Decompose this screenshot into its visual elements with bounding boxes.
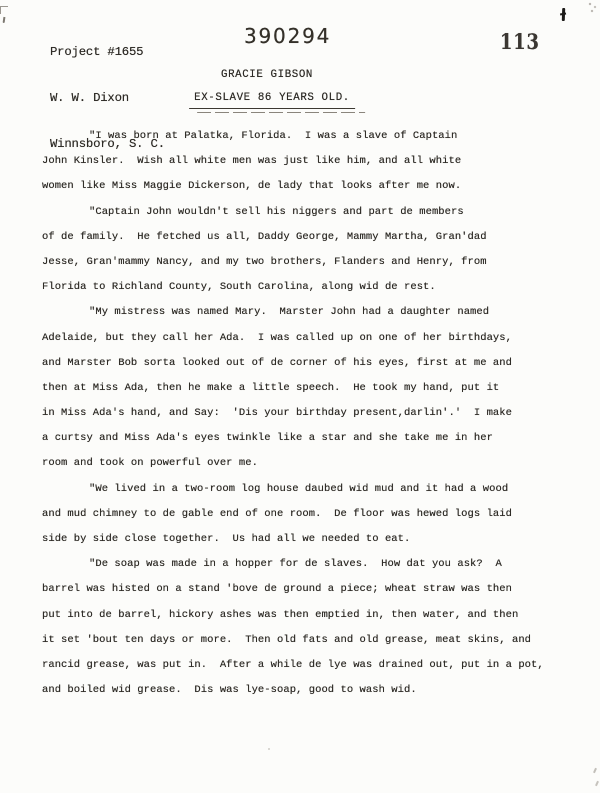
scan-speck	[595, 781, 599, 786]
document-title: GRACIE GIBSON	[221, 69, 313, 81]
paragraph-5-line-2: barrel was histed on a stand 'bove de gr…	[42, 577, 582, 602]
scan-corner-specks	[588, 2, 598, 14]
stamp-number: 390294	[244, 26, 331, 46]
paragraph-3-line-4: then at Miss Ada, then he make a little …	[42, 376, 582, 401]
paragraph-3-line-7: room and took on powerful over me.	[42, 451, 582, 476]
scan-speck	[593, 768, 597, 773]
paragraph-2-line-1: "Captain John wouldn't sell his niggers …	[42, 200, 582, 225]
paragraph-1-line-2: John Kinsler. Wish all white men was jus…	[42, 149, 582, 174]
scanned-document-page: Project #1655 W. W. Dixon Winnsboro, S. …	[0, 0, 600, 793]
paragraph-3-line-2: Adelaide, but they call her Ada. I was c…	[42, 326, 582, 351]
document-body: "I was born at Palatka, Florida. I was a…	[42, 124, 582, 703]
paragraph-5-line-4: it set 'bout ten days or more. Then old …	[42, 628, 582, 653]
paragraph-2-line-2: of de family. He fetched us all, Daddy G…	[42, 225, 582, 250]
project-number: Project #1655	[50, 45, 165, 60]
author-name: W. W. Dixon	[50, 91, 165, 106]
paragraph-4-line-3: side by side close together. Us had all …	[42, 527, 582, 552]
scan-ink-speck	[3, 17, 6, 23]
scan-edge-mark	[0, 6, 8, 14]
paragraph-2-line-4: Florida to Richland County, South Caroli…	[42, 275, 582, 300]
paragraph-2-line-3: Jesse, Gran'mammy Nancy, and my two brot…	[42, 250, 582, 275]
page-number: 113	[500, 31, 540, 52]
paragraph-5-line-1: "De soap was made in a hopper for de sla…	[42, 552, 582, 577]
paragraph-1-line-3: women like Miss Maggie Dickerson, de lad…	[42, 174, 582, 199]
paragraph-5-line-3: put into de barrel, hickory ashes was th…	[42, 603, 582, 628]
paragraph-1-line-1: "I was born at Palatka, Florida. I was a…	[42, 124, 582, 149]
paragraph-4-line-2: and mud chimney to de gable end of one r…	[42, 502, 582, 527]
paragraph-3-line-3: and Marster Bob sorta looked out of de c…	[42, 351, 582, 376]
paragraph-3-line-1: "My mistress was named Mary. Marster Joh…	[42, 300, 582, 325]
paragraph-5-line-6: and boiled wid grease. Dis was lye-soap,…	[42, 678, 582, 703]
paragraph-4-line-1: "We lived in a two-room log house daubed…	[42, 477, 582, 502]
paragraph-3-line-5: in Miss Ada's hand, and Say: 'Dis your b…	[42, 401, 582, 426]
document-subtitle: EX-SLAVE 86 YEARS OLD.	[189, 92, 355, 109]
pen-mark	[562, 8, 565, 21]
scan-speck	[268, 748, 270, 750]
paragraph-5-line-5: rancid grease, was put in. After a while…	[42, 653, 582, 678]
paragraph-3-line-6: a curtsy and Miss Ada's eyes twinkle lik…	[42, 426, 582, 451]
